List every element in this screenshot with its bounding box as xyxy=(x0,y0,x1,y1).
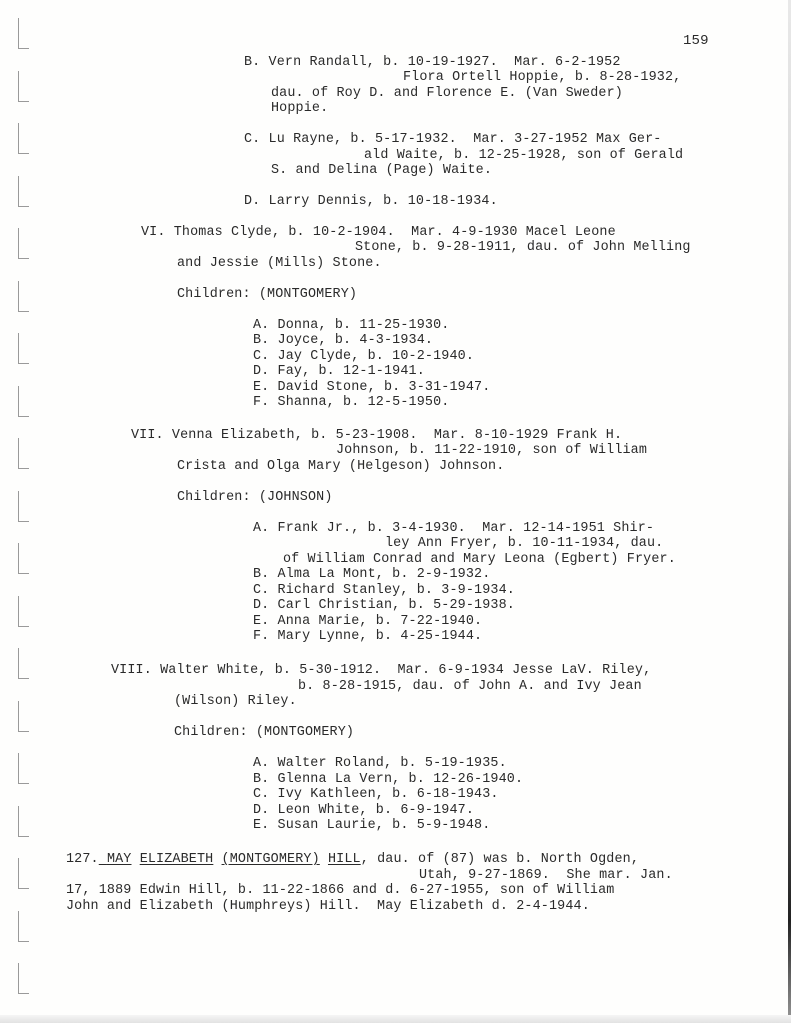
binding-mark xyxy=(18,596,29,627)
child-line: C. Ivy Kathleen, b. 6-18-1943. xyxy=(253,787,499,802)
binding-mark xyxy=(18,386,29,417)
text-line: and Jessie (Mills) Stone. xyxy=(177,256,382,271)
binding-mark xyxy=(18,858,29,889)
page-number: 159 xyxy=(683,34,709,49)
binding-mark xyxy=(18,648,29,679)
name-part: MAY xyxy=(107,852,132,867)
binding-mark xyxy=(18,911,29,942)
document-page: 159 B. Vern Randall, b. 10-19-1927. Mar.… xyxy=(0,0,791,1023)
child-line: F. Shanna, b. 12-5-1950. xyxy=(253,395,449,410)
binding-mark xyxy=(18,963,29,994)
binding-mark xyxy=(18,18,29,49)
child-line: A. Walter Roland, b. 5-19-1935. xyxy=(253,756,507,771)
children-heading: Children: (MONTGOMERY) xyxy=(174,725,354,740)
binding-mark xyxy=(18,281,29,312)
text-line: Stone, b. 9-28-1911, dau. of John Mellin… xyxy=(355,240,691,255)
binding-mark xyxy=(18,176,29,207)
child-line: C. Jay Clyde, b. 10-2-1940. xyxy=(253,349,474,364)
name-part: ELIZABETH xyxy=(140,852,214,867)
child-line: ley Ann Fryer, b. 10-11-1934, dau. xyxy=(385,536,663,551)
children-heading: Children: (MONTGOMERY) xyxy=(177,287,357,302)
child-line: of William Conrad and Mary Leona (Egbert… xyxy=(283,552,676,567)
binding-mark xyxy=(18,333,29,364)
child-line: A. Donna, b. 11-25-1930. xyxy=(253,318,449,333)
text-line: Johnson, b. 11-22-1910, son of William xyxy=(336,443,647,458)
child-line: E. Anna Marie, b. 7-22-1940. xyxy=(253,614,482,629)
text-line: , dau. of (87) was b. North Ogden, xyxy=(361,852,639,867)
binding-mark xyxy=(18,123,29,154)
child-line: D. Leon White, b. 6-9-1947. xyxy=(253,803,474,818)
text-line: S. and Delina (Page) Waite. xyxy=(271,163,492,178)
entry-number: 127. xyxy=(66,852,99,867)
text-line: (Wilson) Riley. xyxy=(174,694,297,709)
binding-mark xyxy=(18,701,29,732)
text-line: Flora Ortell Hoppie, b. 8-28-1932, xyxy=(403,70,681,85)
text-line: B. Vern Randall, b. 10-19-1927. Mar. 6-2… xyxy=(244,55,621,70)
name-part: HILL xyxy=(328,852,361,867)
text-line: VI. Thomas Clyde, b. 10-2-1904. Mar. 4-9… xyxy=(141,225,616,240)
text-line: D. Larry Dennis, b. 10-18-1934. xyxy=(244,194,498,209)
binding-mark xyxy=(18,438,29,469)
text-line: ald Waite, b. 12-25-1928, son of Gerald xyxy=(364,148,683,163)
entry-127-line1: 127. MAY ELIZABETH (MONTGOMERY) HILL, da… xyxy=(66,852,639,867)
child-line: B. Glenna La Vern, b. 12-26-1940. xyxy=(253,772,523,787)
binding-mark xyxy=(18,491,29,522)
text-line: Crista and Olga Mary (Helgeson) Johnson. xyxy=(177,459,504,474)
text-line: b. 8-28-1915, dau. of John A. and Ivy Je… xyxy=(298,679,642,694)
child-line: B. Alma La Mont, b. 2-9-1932. xyxy=(253,567,490,582)
text-line: VIII. Walter White, b. 5-30-1912. Mar. 6… xyxy=(111,663,651,678)
text-line: C. Lu Rayne, b. 5-17-1932. Mar. 3-27-195… xyxy=(244,132,661,147)
child-line: F. Mary Lynne, b. 4-25-1944. xyxy=(253,629,482,644)
binding-mark xyxy=(18,543,29,574)
binding-mark xyxy=(18,753,29,784)
text-line: dau. of Roy D. and Florence E. (Van Swed… xyxy=(271,86,623,101)
binding-mark xyxy=(18,228,29,259)
children-heading: Children: (JOHNSON) xyxy=(177,490,333,505)
child-line: C. Richard Stanley, b. 3-9-1934. xyxy=(253,583,515,598)
text-line: Hoppie. xyxy=(271,101,328,116)
text-line: John and Elizabeth (Humphreys) Hill. May… xyxy=(66,899,590,914)
page-bottom-edge xyxy=(0,1015,791,1023)
binding-mark xyxy=(18,71,29,102)
child-line: E. Susan Laurie, b. 5-9-1948. xyxy=(253,818,490,833)
child-line: D. Fay, b. 12-1-1941. xyxy=(253,364,425,379)
text-line: Utah, 9-27-1869. She mar. Jan. xyxy=(419,868,673,883)
binding-mark xyxy=(18,806,29,837)
child-line: B. Joyce, b. 4-3-1934. xyxy=(253,333,433,348)
text-line: 17, 1889 Edwin Hill, b. 11-22-1866 and d… xyxy=(66,883,614,898)
child-line: E. David Stone, b. 3-31-1947. xyxy=(253,380,490,395)
text-line: VII. Venna Elizabeth, b. 5-23-1908. Mar.… xyxy=(131,428,622,443)
child-line: D. Carl Christian, b. 5-29-1938. xyxy=(253,598,515,613)
child-line: A. Frank Jr., b. 3-4-1930. Mar. 12-14-19… xyxy=(253,521,654,536)
name-part: (MONTGOMERY) xyxy=(222,852,320,867)
